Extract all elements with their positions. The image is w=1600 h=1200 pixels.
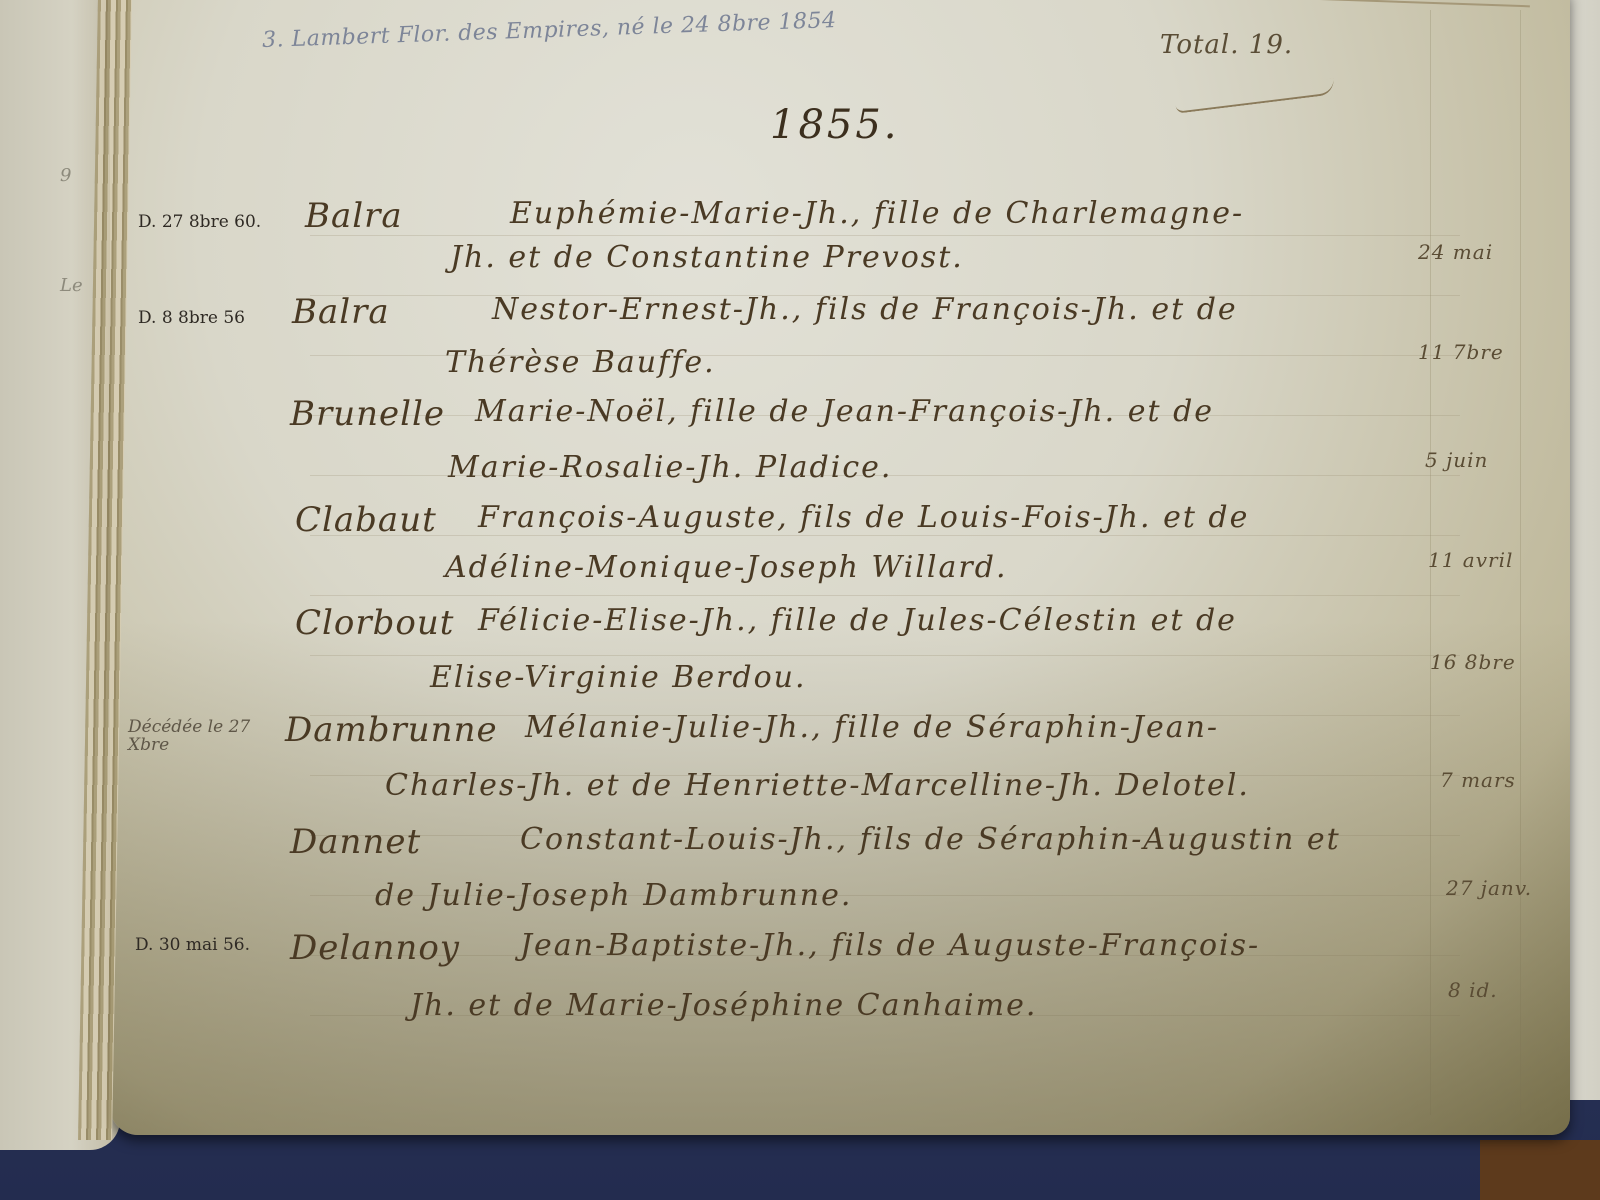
entry-line-1: Constant-Louis-Jh., fils de Séraphin-Aug… (520, 822, 1341, 857)
photo-scene: 9 Le D. 3. Lambert Flor. des Empires, né… (0, 0, 1600, 1200)
entry-margin-note: Décédée le 27 Xbre (128, 718, 268, 754)
entry-margin-note: D. 30 mai 56. (135, 935, 250, 955)
entry-surname: Balra (292, 292, 390, 332)
entry-margin-note: D. 8 8bre 56 (138, 308, 245, 328)
entry-line-2: Elise-Virginie Berdou. (430, 660, 807, 695)
entry-surname: Dambrunne (285, 710, 498, 750)
entry-surname: Clorbout (295, 603, 454, 643)
entry-margin-note: D. 27 8bre 60. (138, 212, 261, 232)
entry-surname: Clabaut (295, 500, 437, 540)
entry-line-1: Mélanie-Julie-Jh., fille de Séraphin-Jea… (525, 710, 1219, 745)
entry-line-1: François-Auguste, fils de Louis-Fois-Jh.… (478, 500, 1249, 535)
entry-line-2: Charles-Jh. et de Henriette-Marcelline-J… (385, 768, 1250, 803)
entry-line-1: Marie-Noël, fille de Jean-François-Jh. e… (475, 394, 1214, 429)
entry-date: 11 avril (1428, 548, 1513, 572)
entry-surname: Balra (305, 196, 403, 236)
entry-date: 16 8bre (1430, 650, 1516, 674)
left-page-ghost-mark: Le (60, 275, 83, 296)
left-page-ghost-mark: 9 (60, 165, 71, 186)
entry-date: 11 7bre (1418, 340, 1504, 364)
entry-line-2: Marie-Rosalie-Jh. Pladice. (448, 450, 892, 485)
entry-line-2: Jh. et de Constantine Prevost. (450, 240, 964, 275)
ruled-line (310, 655, 1460, 656)
entry-date: 5 juin (1425, 448, 1488, 472)
entry-date: 8 id. (1448, 978, 1498, 1002)
entry-line-2: Jh. et de Marie-Joséphine Canhaime. (410, 988, 1037, 1023)
header-rule (1110, 0, 1530, 7)
entry-surname: Delannoy (290, 928, 460, 968)
ruled-line (310, 595, 1460, 596)
entry-line-1: Nestor-Ernest-Jh., fils de François-Jh. … (492, 292, 1238, 327)
ruled-line (310, 235, 1460, 236)
entry-line-1: Euphémie-Marie-Jh., fille de Charlemagne… (510, 196, 1244, 231)
entry-date: 7 mars (1440, 768, 1516, 792)
ruled-line (310, 535, 1460, 536)
entry-surname: Brunelle (290, 394, 445, 434)
entry-line-2: de Julie-Joseph Dambrunne. (375, 878, 852, 913)
entry-line-2: Adéline-Monique-Joseph Willard. (445, 550, 1008, 585)
year-heading: 1855. (770, 102, 900, 148)
entry-date: 24 mai (1418, 240, 1493, 264)
entry-date: 27 janv. (1446, 876, 1532, 900)
entry-line-1: Félicie-Elise-Jh., fille de Jules-Célest… (478, 603, 1237, 638)
book-cover-corner (1480, 1140, 1600, 1200)
total-count: Total. 19. (1160, 30, 1293, 60)
entry-line-1: Jean-Baptiste-Jh., fils de Auguste-Franç… (520, 928, 1260, 963)
entry-surname: Dannet (290, 822, 421, 862)
entry-line-2: Thérèse Bauffe. (445, 345, 716, 380)
date-column-rule (1520, 10, 1521, 1115)
